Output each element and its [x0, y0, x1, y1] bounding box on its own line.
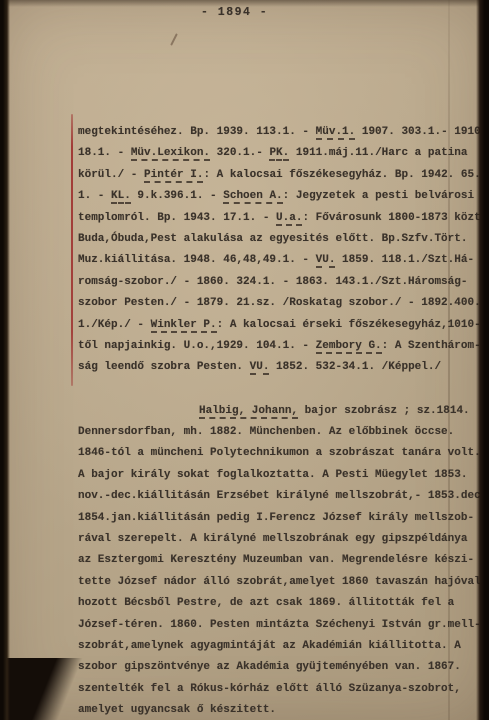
- bibliography-continuation: megtekintéséhez. Bp. 1939. 113.1. - Müv.…: [78, 122, 482, 379]
- text-line: 18.1. - Müv.Lexikon. 320.1.- PK. 1911.má…: [78, 143, 482, 164]
- text-segment: nov.-dec.kiállitásán Erzsébet királyné m…: [78, 490, 487, 502]
- text-line: Buda,Óbuda,Pest alakulása az egyesités e…: [78, 229, 482, 250]
- text-segment: 1854.jan.kiállitásán pedig I.Ferencz Józ…: [78, 512, 474, 524]
- text-segment: : A Szenthárom-: [382, 340, 481, 352]
- text-line: 1./Kép./ - Winkler P.: A kalocsai érseki…: [78, 315, 482, 336]
- text-line: megtekintéséhez. Bp. 1939. 113.1. - Müv.…: [78, 122, 482, 143]
- underlined-segment: Müv.1.: [316, 126, 356, 140]
- text-segment: tette József nádor álló szobrát,amelyet …: [78, 576, 481, 588]
- text-line: 1. - KL. 9.k.396.1. - Schoen A.: Jegyzet…: [78, 186, 482, 207]
- underlined-segment: Schoen A.: [223, 190, 282, 204]
- text-segment: 1859. 118.1./Szt.Há-: [335, 254, 474, 266]
- underlined-segment: U.a.: [276, 212, 302, 226]
- text-line: hozott Bécsből Pestre, de azt csak 1869.…: [78, 593, 482, 614]
- text-segment: templomról. Bp. 1943. 17.1. -: [78, 212, 276, 224]
- text-segment: hozott Bécsből Pestre, de azt csak 1869.…: [78, 597, 454, 609]
- text-line: A bajor király sokat foglalkoztatta. A P…: [78, 465, 482, 486]
- text-segment: 18.1. -: [78, 147, 131, 159]
- text-segment: szobrát,amelynek agyagmintáját az Akadém…: [78, 640, 461, 652]
- text-segment: körül./ -: [78, 169, 144, 181]
- text-segment: 1846-tól a müncheni Polytechnikumon a sz…: [78, 447, 481, 459]
- text-segment: 320.1.-: [210, 147, 269, 159]
- text-segment: rával szerepelt. A királyné mellszobrána…: [78, 533, 467, 545]
- text-line: nov.-dec.kiállitásán Erzsébet királyné m…: [78, 486, 482, 507]
- text-segment: Buda,Óbuda,Pest alakulása az egyesités e…: [78, 233, 467, 245]
- text-line: Dennersdorfban, mh. 1882. Münchenben. Az…: [78, 422, 482, 443]
- text-segment: szentelték fel a Rókus-kórház előtt álló…: [78, 683, 461, 695]
- text-line: romság-szobor./ - 1860. 324.1. - 1863. 1…: [78, 272, 482, 293]
- underlined-segment: Pintér I.: [144, 169, 203, 183]
- text-segment: József-téren. 1860. Pesten mintázta Széc…: [78, 619, 481, 631]
- text-line: 1854.jan.kiállitásán pedig I.Ferencz Józ…: [78, 508, 482, 529]
- underlined-segment: VU.: [316, 254, 336, 268]
- text-segment: 1. -: [78, 190, 111, 202]
- page-number: - 1894 -: [201, 6, 268, 19]
- text-segment: 1./Kép./ -: [78, 319, 151, 331]
- text-segment: től napjainkig. U.o.,1929. 104.1. -: [78, 340, 316, 352]
- text-segment: 1852. 532-34.1. /Képpel./: [269, 361, 441, 373]
- text-segment: : A kalocsai főszékesegyház. Bp. 1942. 6…: [203, 169, 480, 181]
- underlined-segment: VU.: [250, 361, 270, 375]
- text-line: szobrát,amelynek agyagmintáját az Akadém…: [78, 636, 482, 657]
- text-segment: ság leendő szobra Pesten.: [78, 361, 250, 373]
- bottom-left-corner-shadow: [0, 658, 84, 720]
- text-segment: romság-szobor./ - 1860. 324.1. - 1863. 1…: [78, 276, 467, 288]
- text-line: körül./ - Pintér I.: A kalocsai főszékes…: [78, 165, 482, 186]
- text-segment: Muz.kiállitása. 1948. 46,48,49.1. -: [78, 254, 316, 266]
- underlined-segment: PK.: [269, 147, 289, 161]
- text-line: ság leendő szobra Pesten. VU. 1852. 532-…: [78, 357, 482, 378]
- text-segment: megtekintéséhez. Bp. 1939. 113.1. -: [78, 126, 316, 138]
- text-line: 1846-tól a müncheni Polytechnikumon a sz…: [78, 443, 482, 464]
- text-segment: bajor szobrász ; sz.1814.: [298, 405, 470, 417]
- text-segment: 1907. 303.1.- 1910.: [355, 126, 487, 138]
- text-segment: A bajor király sokat foglalkoztatta. A P…: [78, 469, 467, 481]
- text-segment: amelyet ugyancsak ő készitett.: [78, 704, 276, 716]
- text-line: tette József nádor álló szobrát,amelyet …: [78, 572, 482, 593]
- text-line: József-téren. 1860. Pesten mintázta Széc…: [78, 615, 482, 636]
- red-margin-line: [71, 114, 73, 386]
- text-segment: 9.k.396.1. -: [131, 190, 223, 202]
- underlined-segment: Halbig, Johann,: [199, 405, 298, 419]
- text-line: amelyet ugyancsak ő készitett.: [78, 700, 482, 720]
- underlined-segment: Müv.Lexikon.: [131, 147, 210, 161]
- text-segment: 1911.máj.11./Harc a patina: [289, 147, 467, 159]
- underlined-segment: KL.: [111, 190, 131, 204]
- text-line: től napjainkig. U.o.,1929. 104.1. - Zemb…: [78, 336, 482, 357]
- left-edge-shadow: [0, 0, 10, 720]
- text-segment: az Esztergomi Keresztény Muzeumban van. …: [78, 554, 474, 566]
- text-segment: Dennersdorfban, mh. 1882. Münchenben. Az…: [78, 426, 454, 438]
- text-segment: szobor gipszöntvénye az Akadémia gyüjtem…: [78, 661, 461, 673]
- underlined-segment: Winkler P.: [151, 319, 217, 333]
- underlined-segment: Zembory G.: [316, 340, 382, 354]
- text-line: templomról. Bp. 1943. 17.1. - U.a.: Fővá…: [78, 208, 482, 229]
- halbig-entry: Halbig, Johann, bajor szobrász ; sz.1814…: [78, 401, 482, 720]
- text-segment: szobor Pesten./ - 1879. 21.sz. /Roskatag…: [78, 297, 481, 309]
- text-segment: : A kalocsai érseki főszékesegyház,1010-: [217, 319, 481, 331]
- text-line: szobor Pesten./ - 1879. 21.sz. /Roskatag…: [78, 293, 482, 314]
- right-edge-shadow: [476, 0, 489, 720]
- text-segment: : Fővárosunk 1800-1873 közt.: [302, 212, 487, 224]
- text-segment: : Jegyzetek a pesti belvárosi: [283, 190, 474, 202]
- text-line: az Esztergomi Keresztény Muzeumban van. …: [78, 550, 482, 571]
- text-line: szobor gipszöntvénye az Akadémia gyüjtem…: [78, 657, 482, 678]
- text-line: Muz.kiállitása. 1948. 46,48,49.1. - VU. …: [78, 250, 482, 271]
- text-line: Halbig, Johann, bajor szobrász ; sz.1814…: [78, 401, 482, 422]
- text-line: szentelték fel a Rókus-kórház előtt álló…: [78, 679, 482, 700]
- text-block: megtekintéséhez. Bp. 1939. 113.1. - Müv.…: [78, 122, 482, 720]
- text-line: rával szerepelt. A királyné mellszobrána…: [78, 529, 482, 550]
